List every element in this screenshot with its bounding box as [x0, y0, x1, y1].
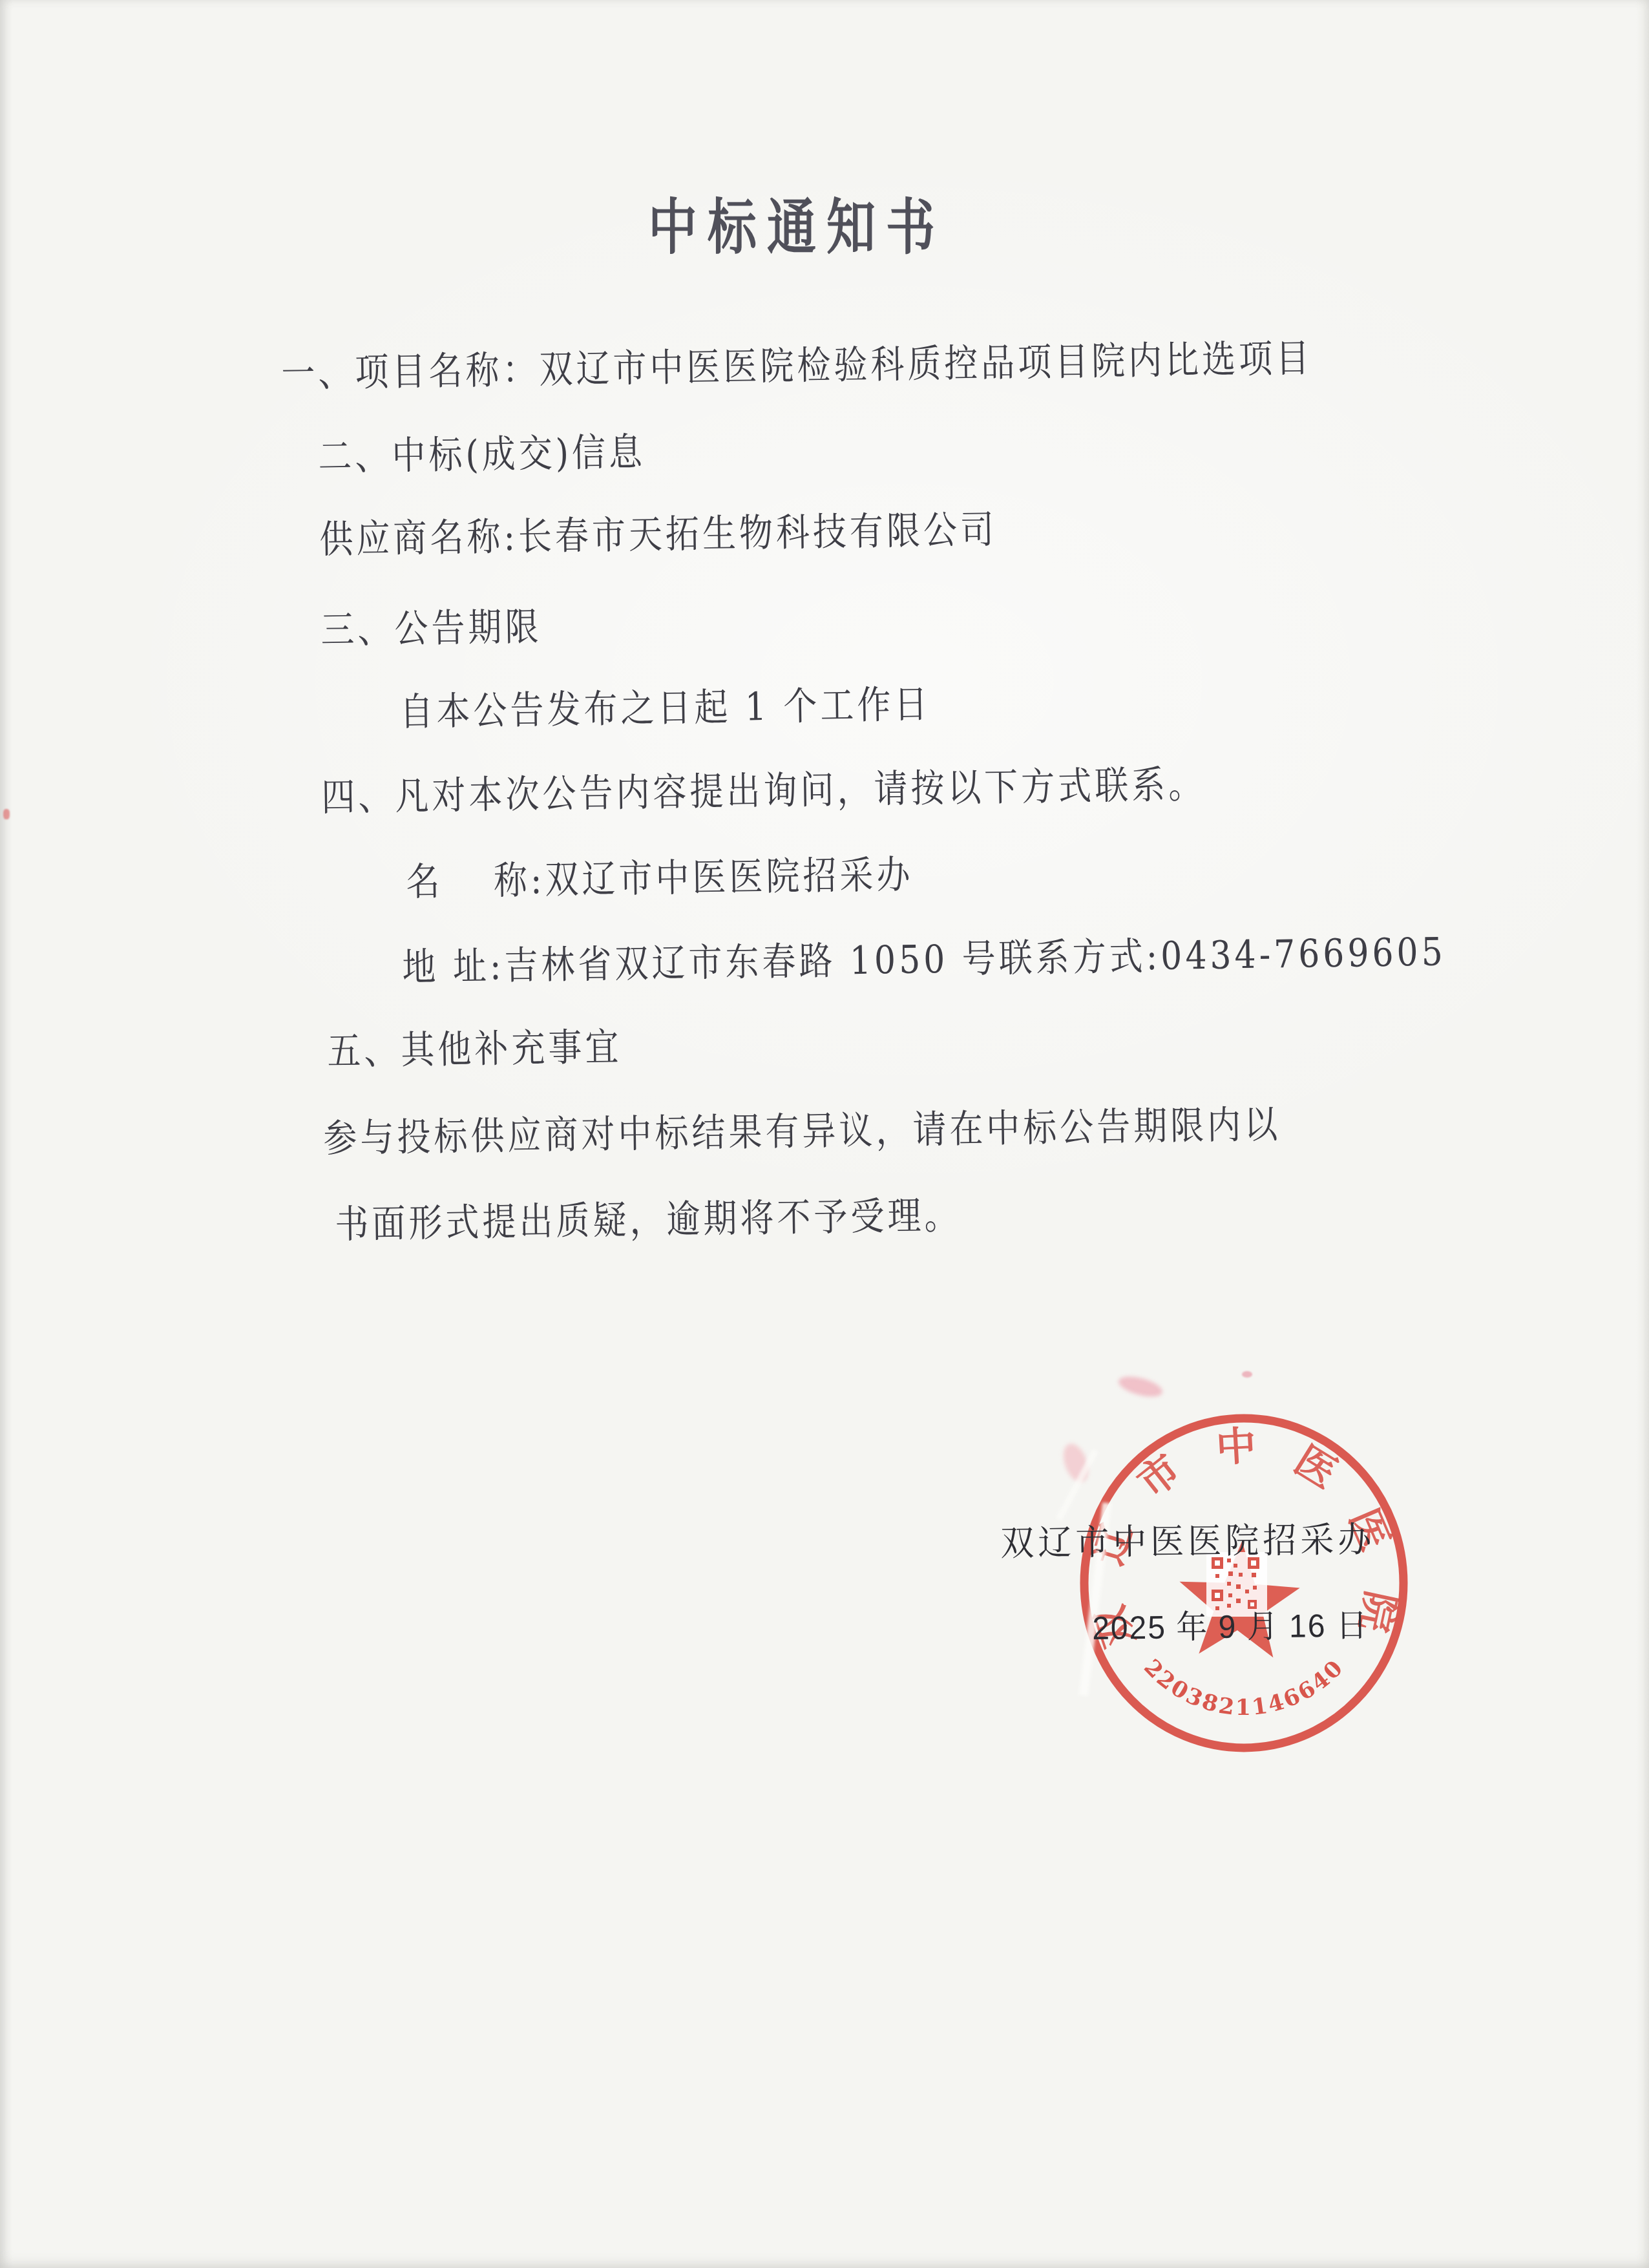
signature-date: 2025 年 9 月 16 日 [1092, 1610, 1369, 1646]
line-supplier-name: 供应商名称:长春市天拓生物科技有限公司 [319, 510, 997, 559]
line-section-5-heading: 五、其他补充事宜 [327, 1028, 622, 1071]
seal-serial-label: 2203821146640 [1139, 1654, 1349, 1721]
line-supplement-note-1: 参与投标供应商对中标结果有异议，请在中标公告期限内以 [323, 1106, 1281, 1159]
line-supplement-note-2: 书面形式提出质疑，逾期将不予受理。 [335, 1197, 961, 1244]
seal-serial-number: 2203821146640 [1139, 1654, 1349, 1721]
edge-speck [3, 809, 10, 819]
line-contact-address: 地 址:吉林省双辽市东春路 1050 号联系方式:0434-7669605 [402, 933, 1446, 987]
scanned-document-page: 中标通知书 一、项目名称：双辽市中医医院检验科质控品项目院内比选项目 二、中标(… [0, 0, 1649, 2268]
ink-smudge [1242, 1371, 1252, 1378]
document-title: 中标通知书 [648, 180, 945, 266]
official-seal: 双辽市中医医院 [1069, 1396, 1431, 1783]
line-section-4-heading: 四、凡对本次公告内容提出询问，请按以下方式联系。 [321, 766, 1206, 817]
line-section-2-heading: 二、中标(成交)信息 [318, 433, 646, 476]
signature-org: 双辽市中医医院招采办 [1000, 1522, 1376, 1562]
line-announcement-period: 自本公告发布之日起 1 个工作日 [399, 686, 931, 732]
line-project-name: 一、项目名称：双辽市中医医院检验科质控品项目院内比选项目 [281, 339, 1313, 393]
line-contact-name: 名 称:双辽市中医医院招采办 [406, 856, 914, 901]
line-section-3-heading: 三、公告期限 [320, 608, 542, 650]
